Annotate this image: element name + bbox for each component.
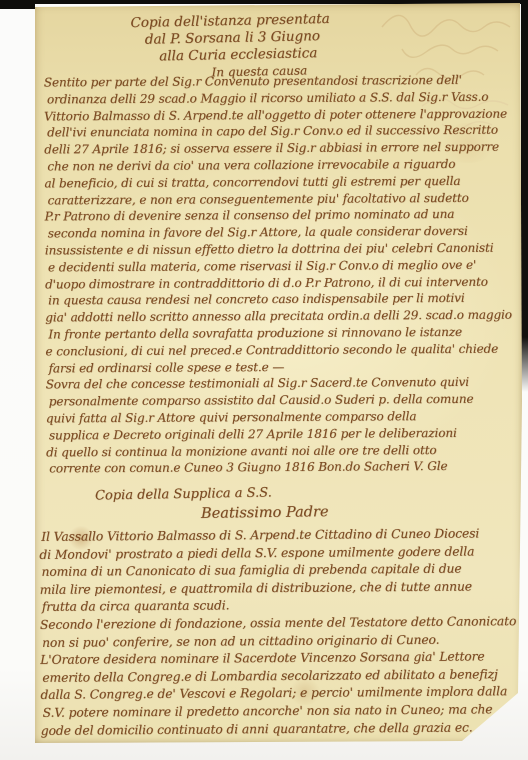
salutation: Beatissimo Padre [201, 504, 329, 522]
supplica-text-block: Il Vassallo Vittorio Balmasso di S. Arpe… [39, 525, 519, 740]
ordinance-text-block: Sentito per parte del Sig.r Convenuto pr… [44, 72, 516, 478]
scanned-manuscript-photo: Copia dell'istanza presentata dal P. Sor… [0, 0, 528, 760]
photo-border-right [521, 0, 528, 392]
manuscript-line: corrente con comun.e Cuneo 3 Giugno 1816… [49, 458, 516, 478]
manuscript-line: personalmente comparso assistito dal Cau… [49, 391, 516, 411]
manuscript-line: e conclusioni, di cui nel preced.e Contr… [45, 340, 515, 360]
photo-border-corner [0, 0, 35, 9]
manuscript-line: Secondo l'erezione di fondazione, ossia … [40, 613, 518, 634]
supplica-copy-label: Copia della Supplica a S.S. [95, 485, 272, 503]
manuscript-line: supplica e Decreto originali delli 27 Ap… [49, 424, 516, 444]
manuscript-line: gode del domicilio continuato di anni qu… [41, 719, 519, 740]
manuscript-paper: Copia dell'istanza presentata dal P. Sor… [33, 3, 522, 743]
photo-border-top [0, 0, 528, 4]
